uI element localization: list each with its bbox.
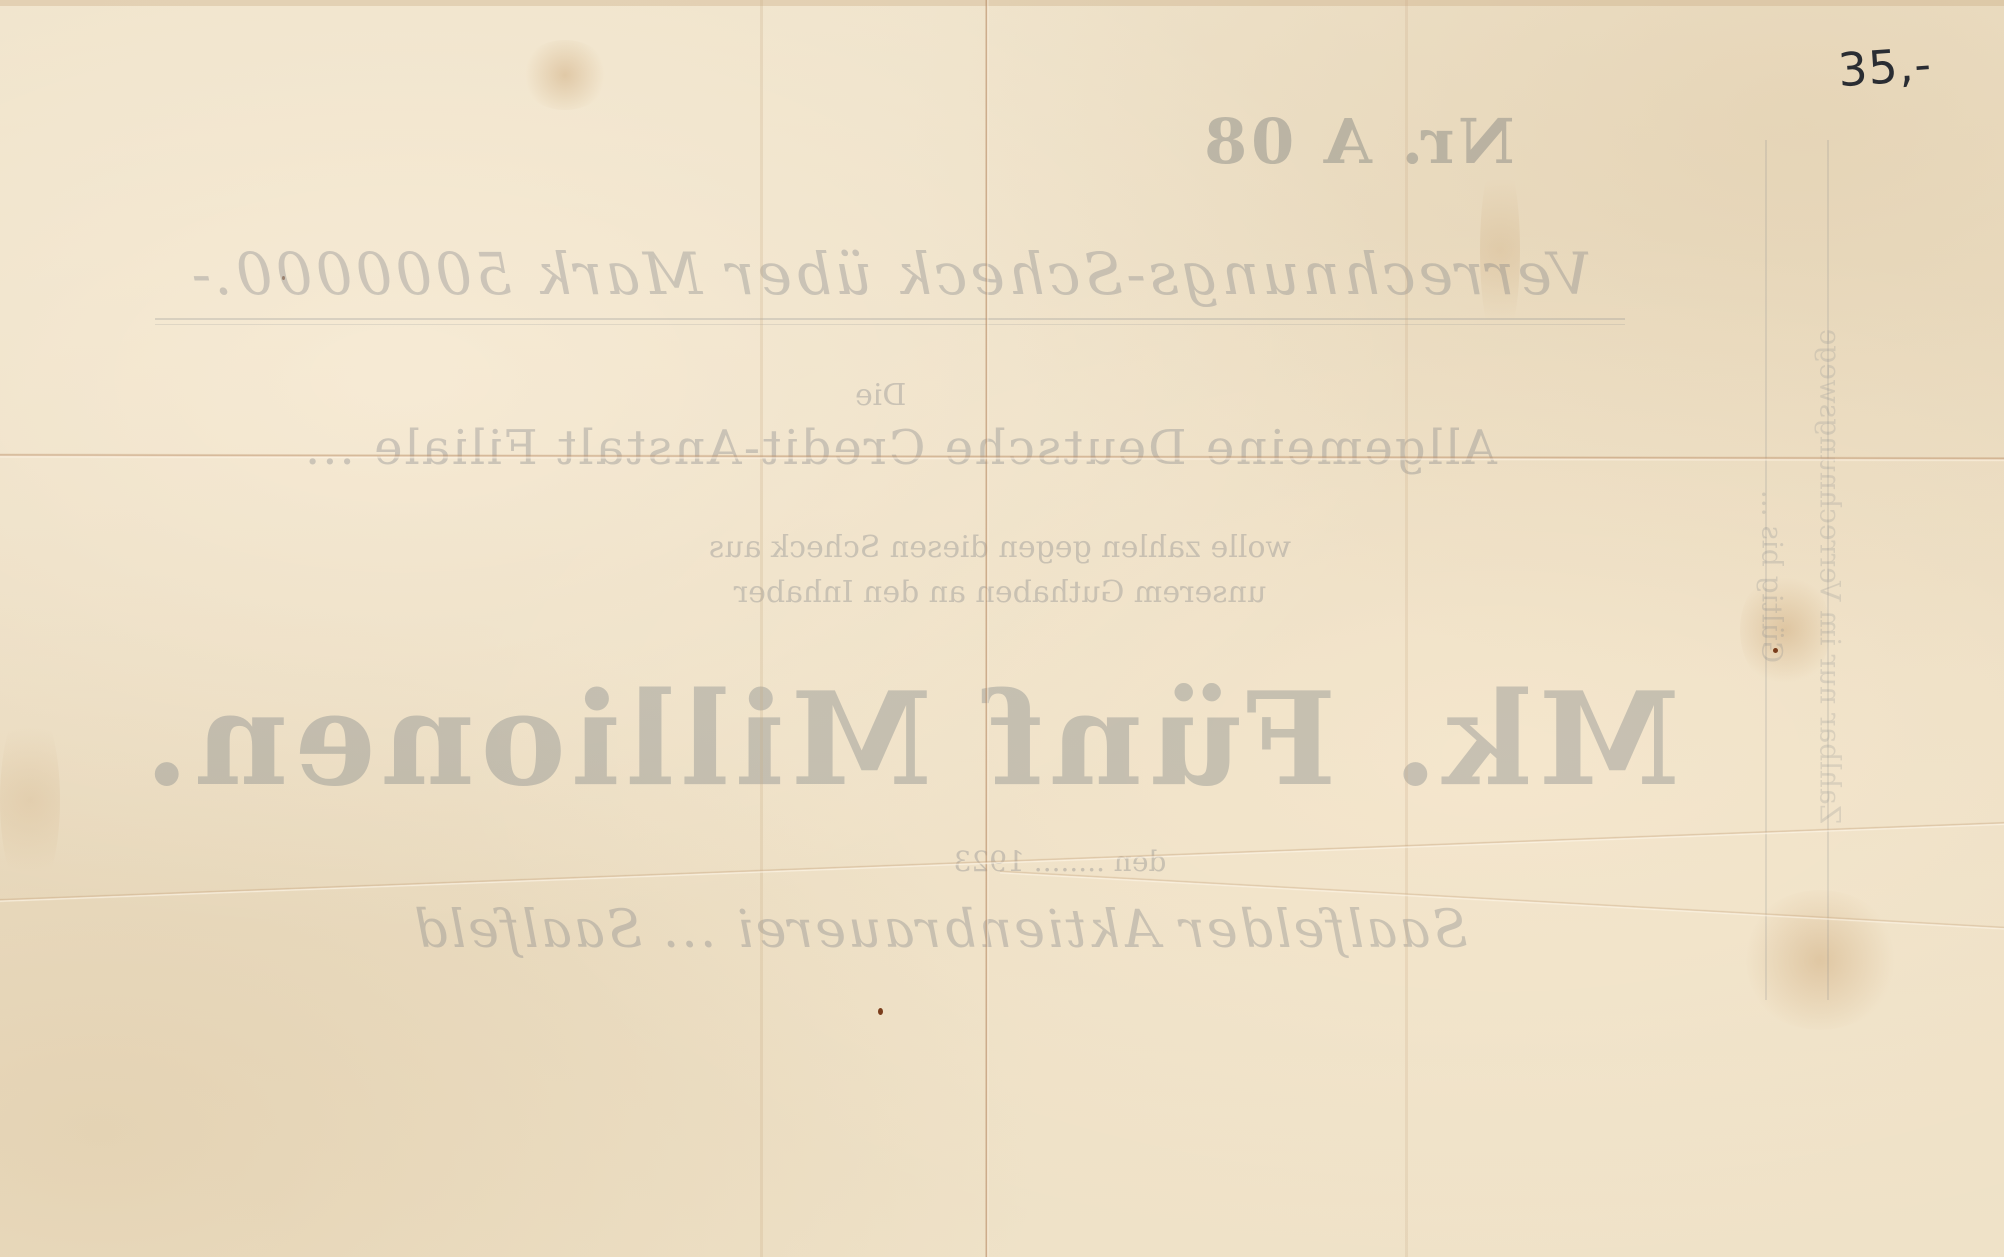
stain (520, 40, 610, 110)
paper-edge (0, 0, 2004, 6)
fold-line-vertical-faint (1405, 0, 1408, 1257)
serial-value: A 08 (1200, 105, 1372, 178)
showthrough-signature: Saalfelder Aktienbrauerei ... Saalfeld (200, 900, 1680, 960)
serial-prefix: Nr. (1398, 105, 1515, 178)
stain (0, 700, 60, 900)
showthrough-line-2: unserem Guthaben an den Inhaber (590, 575, 1410, 610)
showthrough-serial-number: Nr. A 08 (1200, 105, 1515, 178)
fold-line-vertical-faint (760, 0, 763, 1257)
showthrough-side-text-1: Gültig bis ... (1756, 147, 1789, 1007)
showthrough-side-text-2: Zahlbar nur im Verrechnungswege (1814, 147, 1847, 1007)
showthrough-line-1: wolle zahlen gegen diesen Scheck aus (590, 530, 1410, 565)
fold-line-vertical (985, 0, 989, 1257)
showthrough-headline: Verrechnungs-Scheck über Mark 5000000.- (160, 240, 1620, 308)
showthrough-bank-name: Allgemeine Deutsche Credit-Anstalt Filia… (200, 420, 1600, 476)
handwritten-price: 35,- (1836, 37, 1933, 97)
paper-scan: Nr. A 08 Verrechnungs-Scheck über Mark 5… (0, 0, 2004, 1257)
showthrough-amount: Mk. Fünf Millionen. (140, 665, 1680, 815)
crease-diagonal (0, 819, 2004, 904)
ink-spot (878, 1008, 883, 1015)
showthrough-die: Die (855, 378, 906, 413)
